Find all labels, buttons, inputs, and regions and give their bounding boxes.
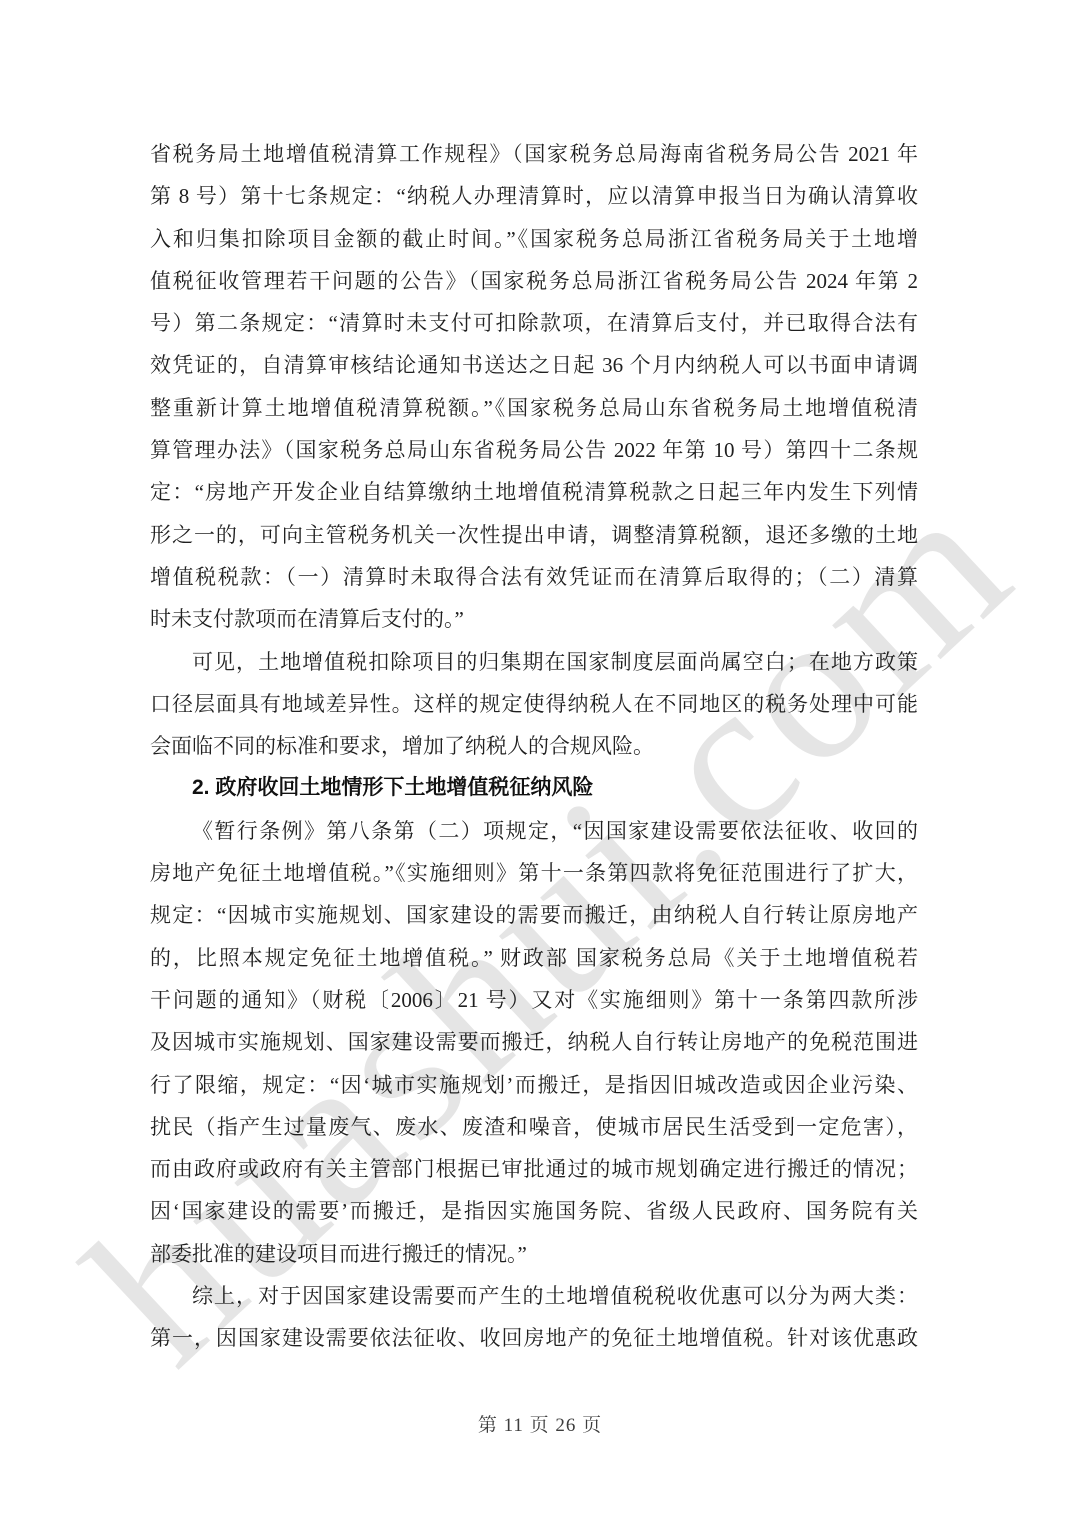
- text-line: 因‘国家建设的需要’而搬迁，是指因实施国务院、省级人民政府、国务院有关: [150, 1190, 918, 1232]
- text-line: 规定：“因城市实施规划、国家建设的需要而搬迁，由纳税人自行转让原房地产: [150, 894, 918, 936]
- document-body: 省税务局土地增值税清算工作规程》（国家税务总局海南省税务局公告 2021 年第 …: [150, 133, 918, 1360]
- text-line: 第 8 号）第十七条规定：“纳税人办理清算时，应以清算申报当日为确认清算收: [150, 175, 918, 217]
- text-line: 而由政府或政府有关主管部门根据已审批通过的城市规划确定进行搬迁的情况；: [150, 1148, 918, 1190]
- text-line: 综上，对于因国家建设需要而产生的土地增值税税收优惠可以分为两大类：: [150, 1275, 918, 1317]
- text-line: 省税务局土地增值税清算工作规程》（国家税务总局海南省税务局公告 2021 年: [150, 133, 918, 175]
- text-line: 效凭证的，自清算审核结论通知书送达之日起 36 个月内纳税人可以书面申请调: [150, 344, 918, 386]
- page-number: 第 11 页 26 页: [0, 1410, 1080, 1437]
- text-line: 干问题的通知》（财税〔2006〕21 号）又对《实施细则》第十一条第四款所涉: [150, 979, 918, 1021]
- text-line: 算管理办法》（国家税务总局山东省税务局公告 2022 年第 10 号）第四十二条…: [150, 429, 918, 471]
- text-line: 可见，土地增值税扣除项目的归集期在国家制度层面尚属空白；在地方政策: [150, 641, 918, 683]
- paragraph: 《暂行条例》第八条第（二）项规定，“因国家建设需要依法征收、收回的房地产免征土地…: [150, 810, 918, 1275]
- text-line: 第一，因国家建设需要依法征收、收回房地产的免征土地增值税。针对该优惠政: [150, 1317, 918, 1359]
- text-line: 定：“房地产开发企业自结算缴纳土地增值税清算税款之日起三年内发生下列情: [150, 471, 918, 513]
- text-line: 整重新计算土地增值税清算税额。”《国家税务总局山东省税务局土地增值税清: [150, 387, 918, 429]
- section-heading: 2. 政府收回土地情形下土地增值税征纳风险: [150, 767, 918, 809]
- paragraph: 省税务局土地增值税清算工作规程》（国家税务总局海南省税务局公告 2021 年第 …: [150, 133, 918, 641]
- text-line: 形之一的，可向主管税务机关一次性提出申请，调整清算税额，退还多缴的土地: [150, 514, 918, 556]
- text-line: 会面临不同的标准和要求，增加了纳税人的合规风险。: [150, 725, 918, 767]
- paragraph: 综上，对于因国家建设需要而产生的土地增值税税收优惠可以分为两大类：第一，因国家建…: [150, 1275, 918, 1360]
- text-line: 行了限缩，规定：“因‘城市实施规划’而搬迁，是指因旧城改造或因企业污染、: [150, 1064, 918, 1106]
- text-line: 入和归集扣除项目金额的截止时间。”《国家税务总局浙江省税务局关于土地增: [150, 218, 918, 260]
- text-line: 及因城市实施规划、国家建设需要而搬迁，纳税人自行转让房地产的免税范围进: [150, 1021, 918, 1063]
- document-page: huashui.com 省税务局土地增值税清算工作规程》（国家税务总局海南省税务…: [0, 0, 1080, 1527]
- text-line: 口径层面具有地域差异性。这样的规定使得纳税人在不同地区的税务处理中可能: [150, 683, 918, 725]
- text-line: 部委批准的建设项目而进行搬迁的情况。”: [150, 1233, 918, 1275]
- text-line: 《暂行条例》第八条第（二）项规定，“因国家建设需要依法征收、收回的: [150, 810, 918, 852]
- text-line: 值税征收管理若干问题的公告》（国家税务总局浙江省税务局公告 2024 年第 2: [150, 260, 918, 302]
- text-line: 增值税税款：（一）清算时未取得合法有效凭证而在清算后取得的；（二）清算: [150, 556, 918, 598]
- text-line: 号）第二条规定：“清算时未支付可扣除款项，在清算后支付，并已取得合法有: [150, 302, 918, 344]
- text-line: 扰民（指产生过量废气、废水、废渣和噪音，使城市居民生活受到一定危害），: [150, 1106, 918, 1148]
- text-line: 房地产免征土地增值税。”《实施细则》第十一条第四款将免征范围进行了扩大，: [150, 852, 918, 894]
- text-line: 2. 政府收回土地情形下土地增值税征纳风险: [150, 767, 918, 809]
- text-line: 的，比照本规定免征土地增值税。” 财政部 国家税务总局《关于土地增值税若: [150, 937, 918, 979]
- text-line: 时未支付款项而在清算后支付的。”: [150, 598, 918, 640]
- paragraph: 可见，土地增值税扣除项目的归集期在国家制度层面尚属空白；在地方政策口径层面具有地…: [150, 641, 918, 768]
